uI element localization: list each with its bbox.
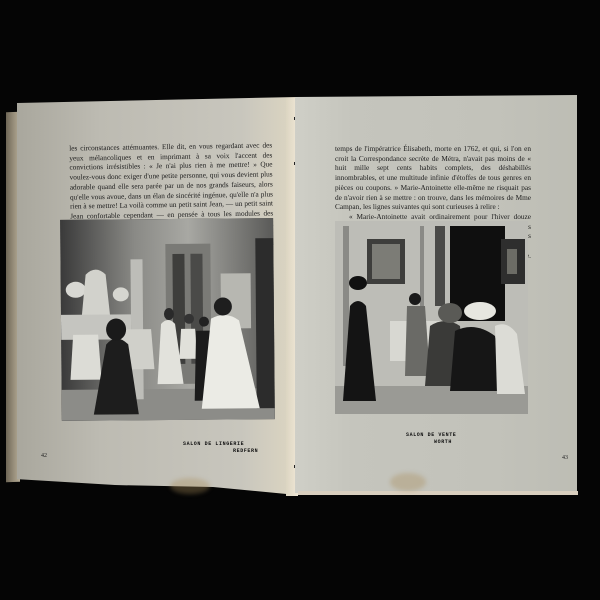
page-number-left: 42: [41, 453, 47, 459]
photo-caption-title-right: Salon de vente: [406, 432, 456, 438]
page-number-right: 43: [562, 455, 568, 461]
paper-stain: [170, 478, 210, 494]
photo-lingerie-scene: [60, 218, 275, 421]
photo-salon-de-vente: [335, 221, 528, 414]
photo-caption-credit-right: Worth: [434, 439, 452, 445]
open-book: les circonstances attémuantes. Elle dit,…: [0, 0, 600, 600]
paper-stain: [390, 473, 426, 491]
photo-caption-credit-left: Redfern: [233, 448, 258, 454]
paragraph: temps de l'impératrice Élisabeth, morte …: [335, 144, 531, 212]
right-page-bottom-edge: [298, 491, 578, 495]
photo-vente-scene: [335, 221, 528, 414]
photo-caption-title-left: Salon de lingerie: [183, 441, 244, 447]
photo-salon-de-lingerie: [60, 218, 275, 421]
